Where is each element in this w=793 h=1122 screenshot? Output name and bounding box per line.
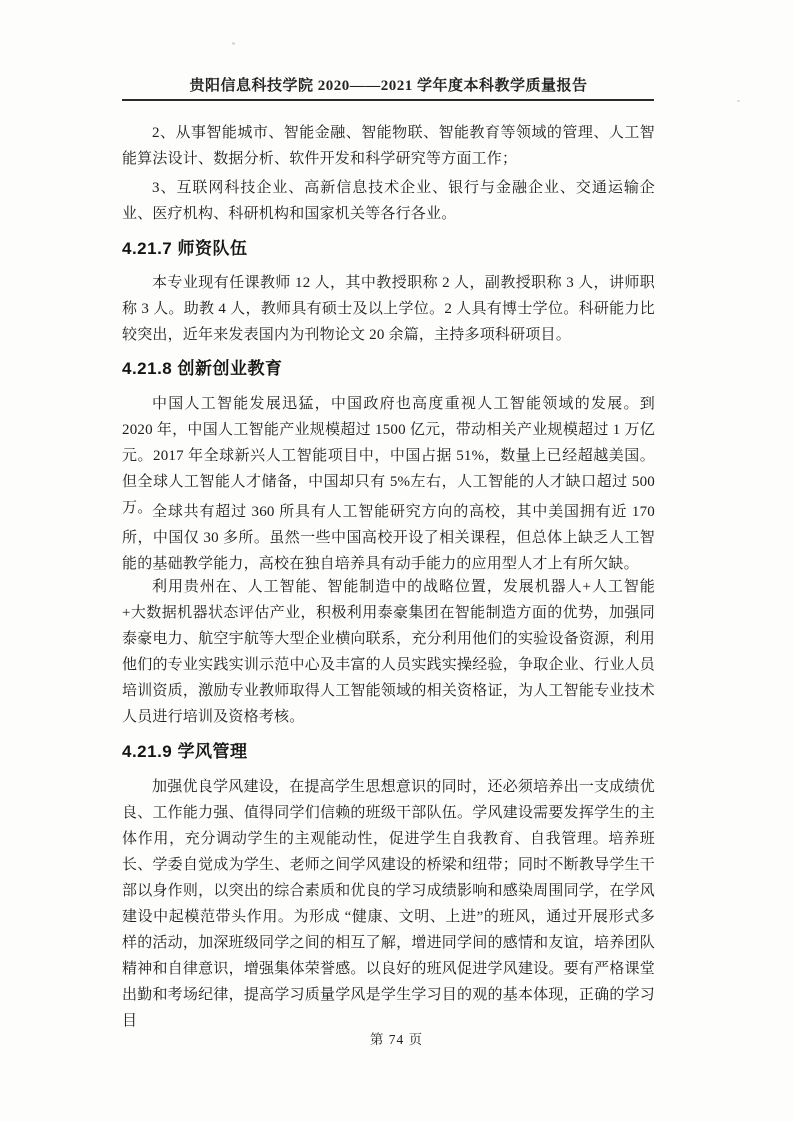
scan-artifact-speck [232, 42, 235, 45]
scan-artifact-speck [737, 100, 740, 102]
document-page: 贵阳信息科技学院 2020——2021 学年度本科教学质量报告 2、从事智能城市… [0, 0, 793, 1122]
body-paragraph: 利用贵州在、人工智能、智能制造中的战略位置，发展机器人+人工智能+大数据机器状态… [122, 574, 655, 730]
section-heading-study-style-management: 4.21.9 学风管理 [122, 741, 655, 763]
body-paragraph: 本专业现有任课教师 12 人，其中教授职称 2 人，副教授职称 3 人，讲师职称… [122, 270, 655, 348]
body-paragraph: 加强优良学风建设，在提高学生思想意识的同时，还必须培养出一支成绩优良、工作能力强… [122, 774, 655, 1034]
header-rule [122, 99, 654, 101]
intro-paragraph: 3、互联网科技企业、高新信息技术企业、银行与金融企业、交通运输企业、医疗机构、科… [122, 175, 655, 227]
section-heading-faculty: 4.21.7 师资队伍 [122, 238, 655, 260]
page-footer-page-number: 第 74 页 [0, 1031, 793, 1049]
section-heading-innovation-education: 4.21.8 创新创业教育 [122, 358, 655, 380]
intro-paragraph: 2、从事智能城市、智能金融、智能物联、智能教育等领域的管理、人工智能算法设计、数… [122, 120, 655, 172]
page-header-title: 贵阳信息科技学院 2020——2021 学年度本科教学质量报告 [122, 76, 655, 96]
body-paragraph: 全球共有超过 360 所具有人工智能研究方向的高校，其中美国拥有近 170 所，… [122, 499, 655, 577]
